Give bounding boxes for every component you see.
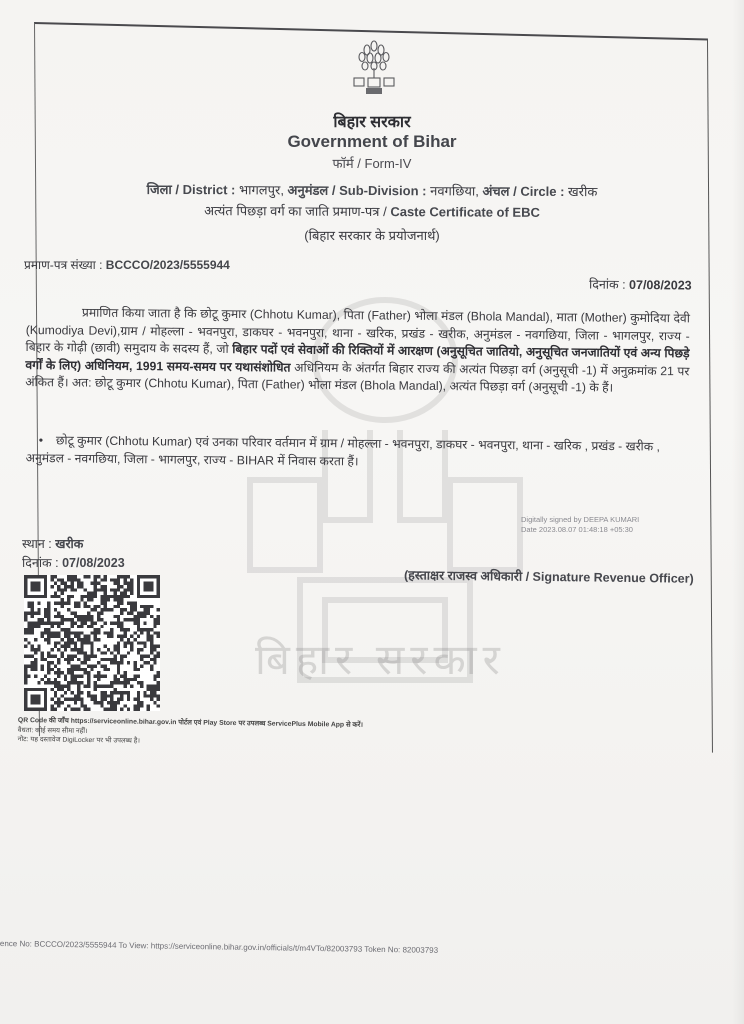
watermark-text: बिहार सरकार: [255, 630, 506, 687]
qr-code-icon: [24, 575, 160, 711]
form-number: फॉर्म / Form-IV: [0, 154, 744, 172]
digital-signature-date: Date 2023.08.07 01:48:18 +05:30: [521, 525, 639, 535]
page-edge-shadow: [732, 0, 744, 1024]
place-date-row: दिनांक : 07/08/2023: [22, 554, 125, 573]
bihar-emblem-icon: [350, 38, 398, 96]
residence-statement: •छोटू कुमार (Chhotu Kumar) एवं उनका परिव…: [26, 432, 688, 474]
subdivision-label: अनुमंडल / Sub-Division :: [288, 183, 427, 199]
qr-code[interactable]: [24, 575, 160, 711]
title-hindi: बिहार सरकार: [0, 110, 744, 132]
circle-value: खरीक: [568, 184, 597, 199]
digital-signature-signer: Digitally signed by DEEPA KUMARI: [521, 515, 639, 525]
subdivision-value: नवगछिया,: [430, 183, 479, 198]
reference-footer: ence No: BCCCO/2023/5555944 To View: htt…: [0, 939, 438, 955]
issue-date: दिनांक : 07/08/2023: [589, 275, 692, 293]
certificate-page: बिहार सरकार बिहार सरकार Government of Bi…: [0, 0, 744, 1024]
verification-notes: QR Code की जाँच https://serviceonline.bi…: [18, 716, 364, 749]
certificate-title-hindi: अत्यंत पिछड़ा वर्ग का जाति प्रमाण-पत्र /: [204, 203, 387, 219]
residence-text: छोटू कुमार (Chhotu Kumar) एवं उनका परिवा…: [26, 433, 660, 468]
place-and-date: स्थान : खरीक दिनांक : 07/08/2023: [22, 535, 125, 573]
district-value: भागलपुर,: [239, 182, 284, 197]
bullet-icon: •: [26, 432, 56, 450]
certificate-title-english: Caste Certificate of EBC: [390, 204, 540, 220]
certificate-number: प्रमाण-पत्र संख्या : BCCCO/2023/5555944: [24, 256, 230, 273]
circle-label: अंचल / Circle :: [482, 184, 564, 199]
certificate-body: प्रमाणित किया जाता है कि छोटू कुमार (Chh…: [25, 304, 690, 398]
signature-label: (हस्ताक्षर राजस्व अधिकारी / Signature Re…: [404, 566, 694, 587]
place-row: स्थान : खरीक: [22, 535, 125, 554]
district-label: जिला / District :: [147, 182, 236, 197]
issue-date-label: दिनांक :: [589, 277, 626, 291]
certificate-number-value: BCCCO/2023/5555944: [106, 258, 230, 272]
digital-signature: Digitally signed by DEEPA KUMARI Date 20…: [521, 515, 639, 535]
certificate-number-label: प्रमाण-पत्र संख्या :: [24, 258, 102, 272]
purpose-note: (बिहार सरकार के प्रयोजनार्थ): [0, 226, 744, 244]
title-english: Government of Bihar: [0, 132, 744, 152]
issue-date-value: 07/08/2023: [629, 278, 692, 293]
